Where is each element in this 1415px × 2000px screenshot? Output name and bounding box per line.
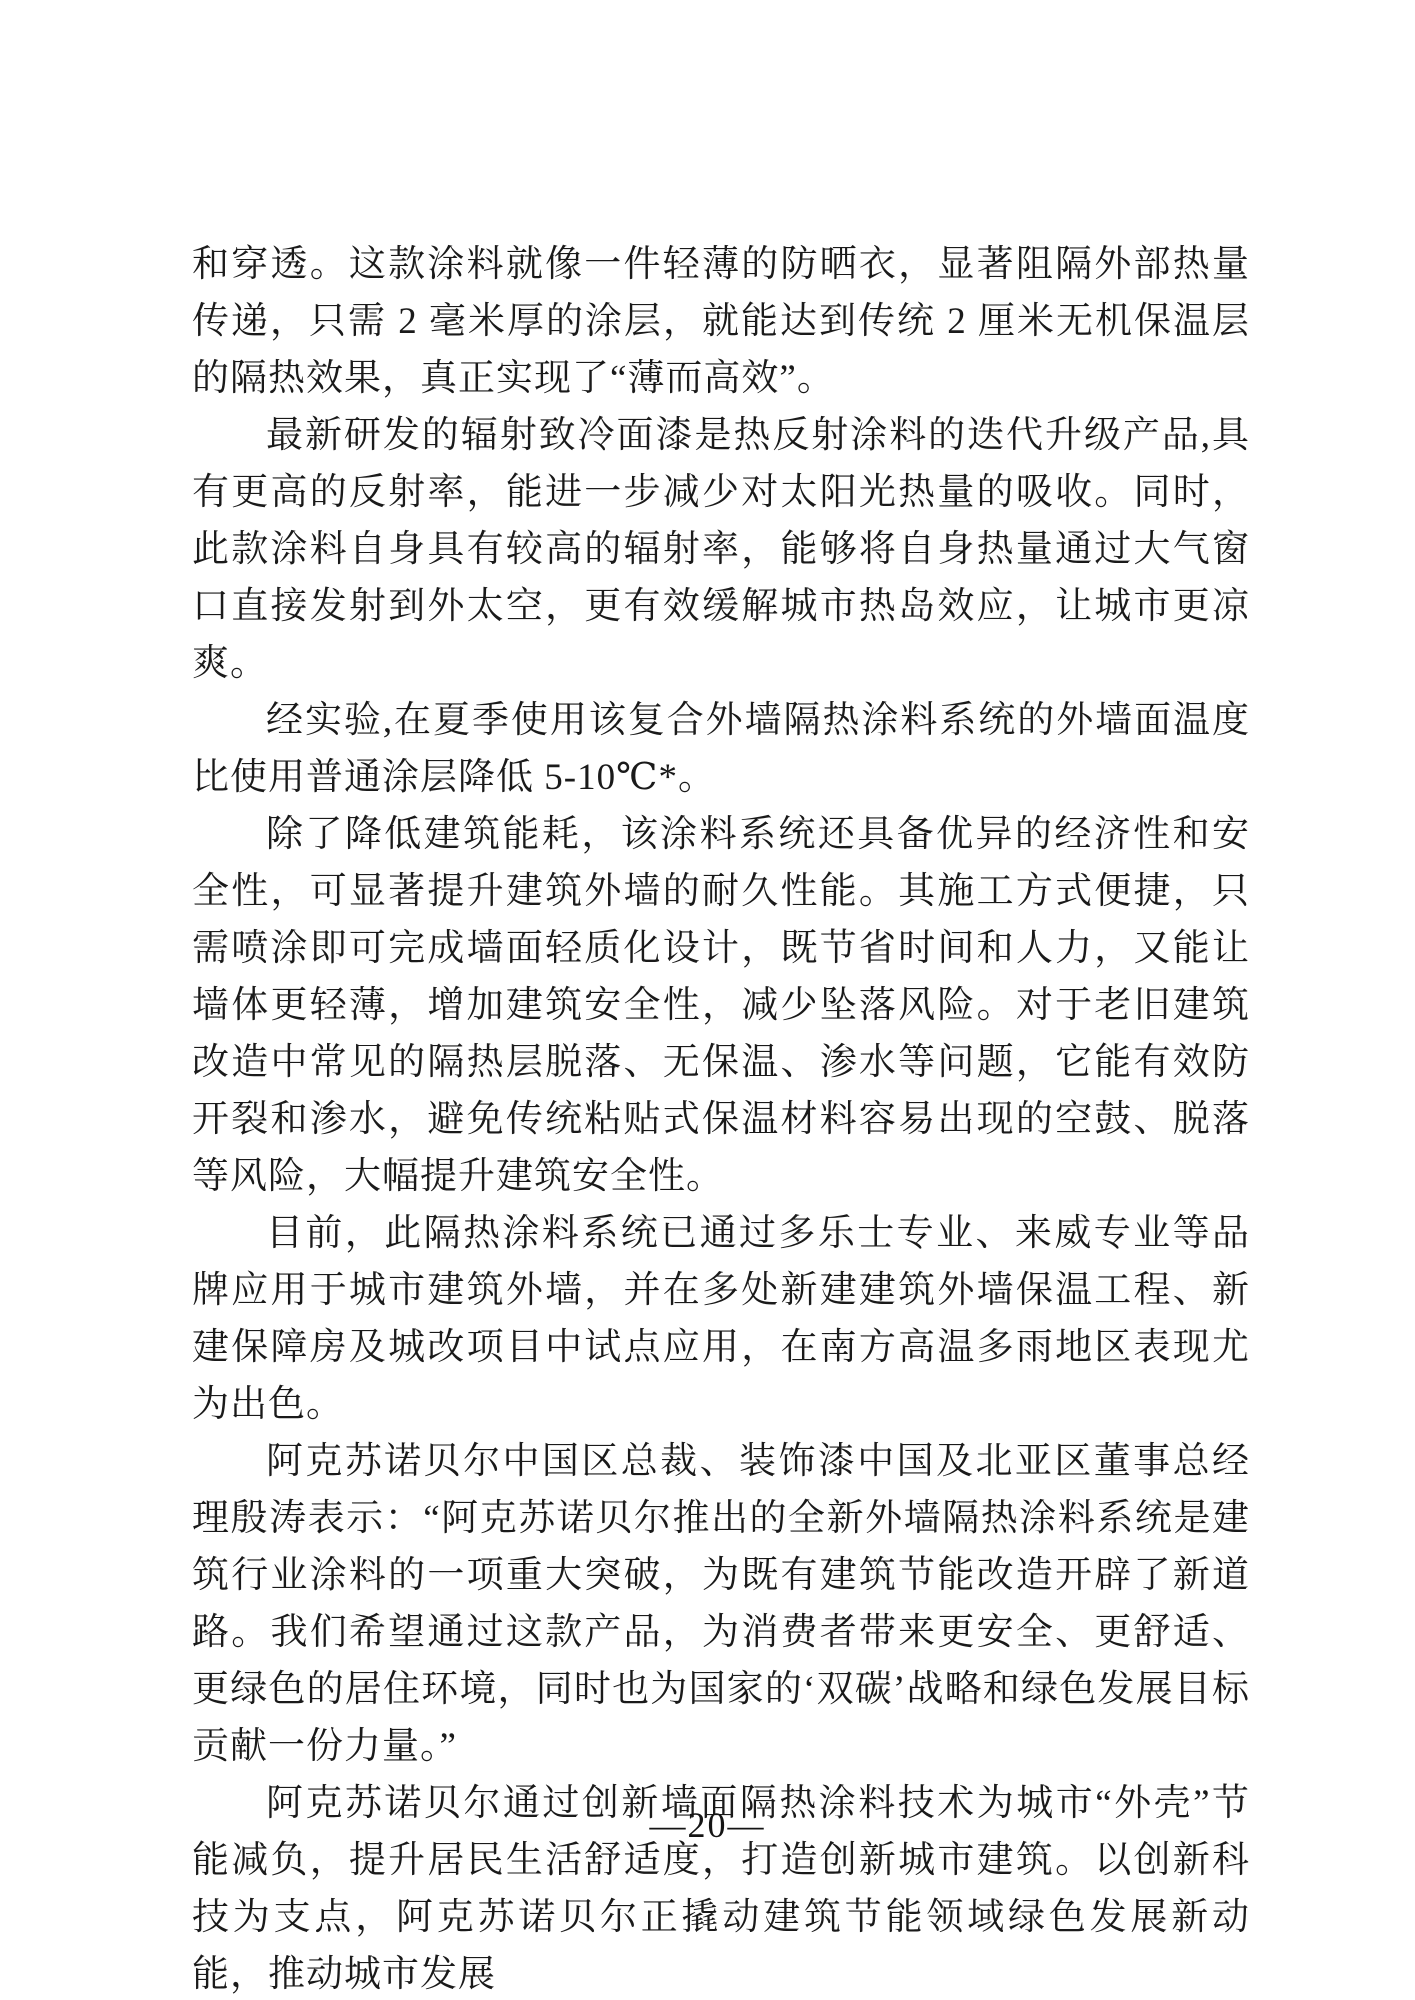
paragraph: 最新研发的辐射致冷面漆是热反射涂料的迭代升级产品,具有更高的反射率，能进一步减少… (192, 407, 1250, 692)
paragraph: 目前，此隔热涂料系统已通过多乐士专业、来威专业等品牌应用于城市建筑外墙，并在多处… (192, 1205, 1250, 1433)
page-number: —20— (650, 1805, 766, 1845)
paragraph: 和穿透。这款涂料就像一件轻薄的防晒衣，显著阻隔外部热量传递，只需 2 毫米厚的涂… (192, 236, 1250, 407)
paragraph: 除了降低建筑能耗，该涂料系统还具备优异的经济性和安全性，可显著提升建筑外墙的耐久… (192, 806, 1250, 1205)
paragraph: 阿克苏诺贝尔中国区总裁、装饰漆中国及北亚区董事总经理殷涛表示：“阿克苏诺贝尔推出… (192, 1433, 1250, 1775)
paragraph: 经实验,在夏季使用该复合外墙隔热涂料系统的外墙面温度比使用普通涂层降低 5-10… (192, 692, 1250, 806)
page-footer: —20— (0, 1804, 1415, 1846)
document-page: 和穿透。这款涂料就像一件轻薄的防晒衣，显著阻隔外部热量传递，只需 2 毫米厚的涂… (0, 0, 1415, 2000)
body-text: 和穿透。这款涂料就像一件轻薄的防晒衣，显著阻隔外部热量传递，只需 2 毫米厚的涂… (192, 236, 1250, 2000)
